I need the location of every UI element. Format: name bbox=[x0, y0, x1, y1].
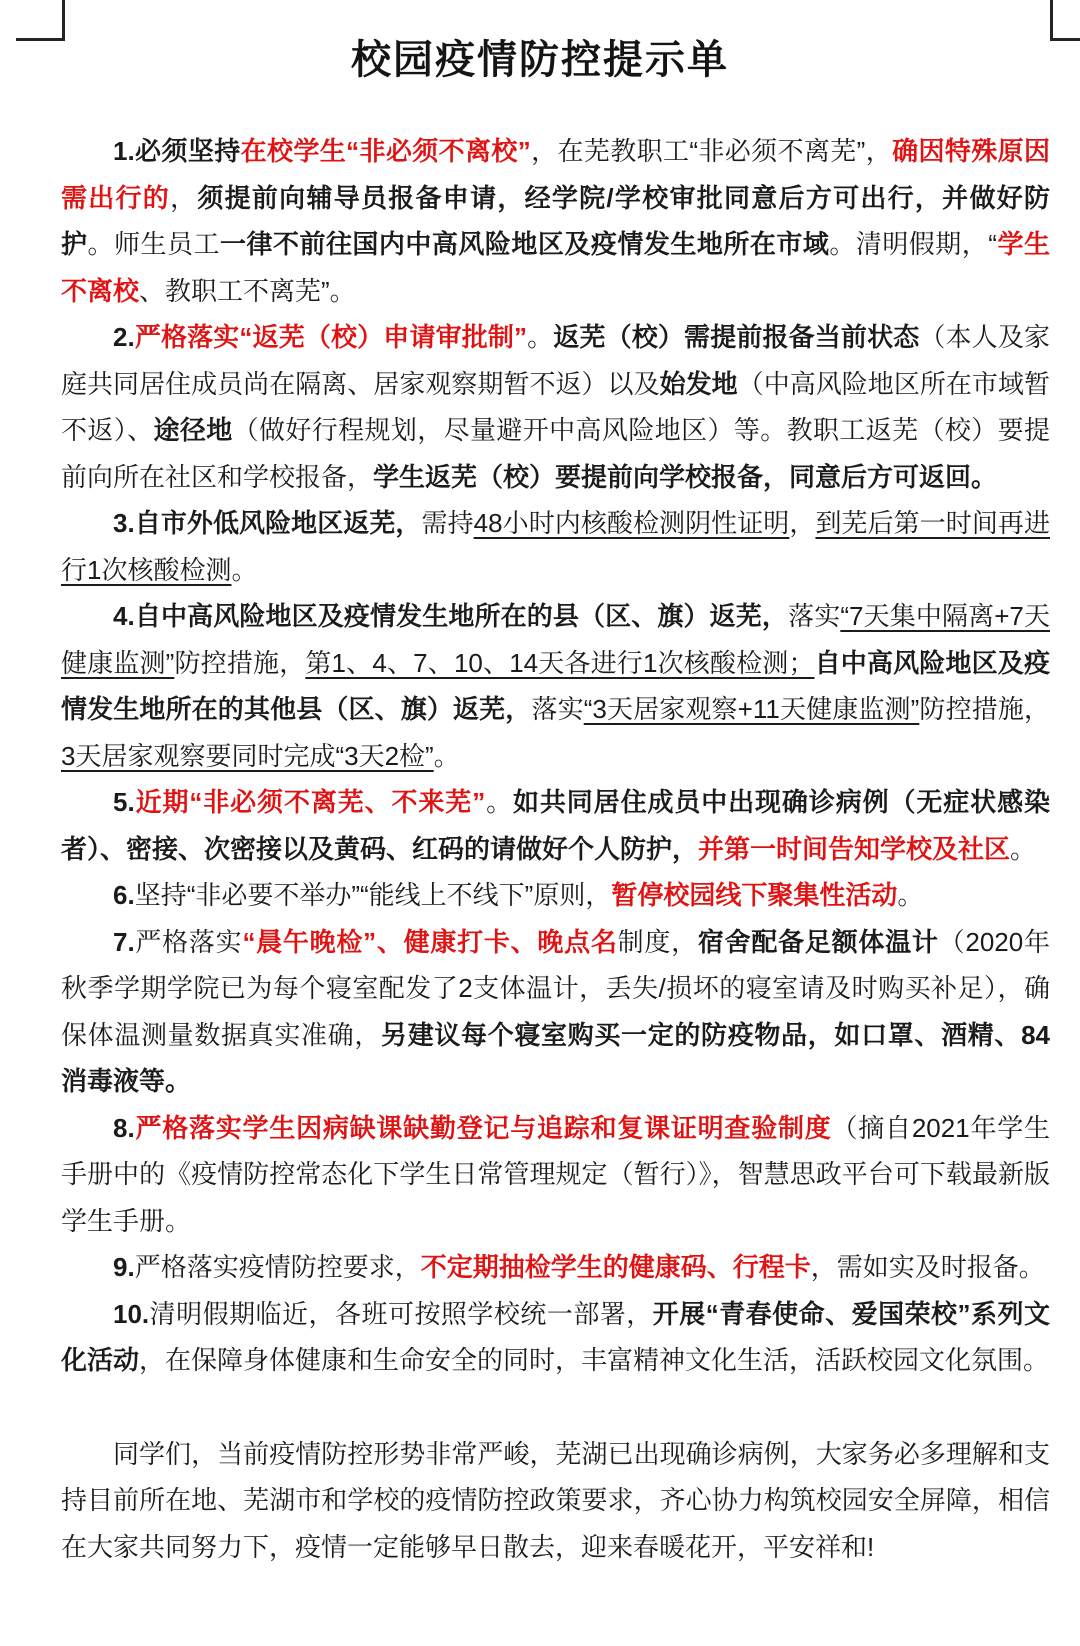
text-run: 宿舍配备足额体温计 bbox=[698, 927, 939, 957]
text-run: 6. bbox=[113, 880, 135, 910]
paragraph-gap bbox=[61, 1384, 1050, 1431]
text-run: 一律不前往国内中高风险地区及疫情发生地所在市域 bbox=[220, 229, 829, 259]
text-run: 。清明假期，“ bbox=[829, 229, 997, 259]
item-1: 1.必须坚持在校学生“非必须不离校”，在芜教职工“非必须不离芜”，确因特殊原因需… bbox=[61, 128, 1050, 314]
text-run: 清明假期临近，各班可按照学校统一部署， bbox=[149, 1299, 653, 1329]
document-body: 1.必须坚持在校学生“非必须不离校”，在芜教职工“非必须不离芜”，确因特殊原因需… bbox=[61, 128, 1050, 1570]
item-9: 9.严格落实疫情防控要求，不定期抽检学生的健康码、行程卡，需如实及时报备。 bbox=[61, 1244, 1050, 1291]
text-run: 48小时内核酸检测阴性证明 bbox=[474, 508, 790, 538]
text-run: 落实 bbox=[531, 694, 583, 724]
text-run: 暂停校园线下聚集性活动 bbox=[611, 880, 897, 910]
text-run: 近期“非必须不离芜、不来芜” bbox=[135, 787, 486, 817]
text-run: 3天居家观察要同时完成“3天2检” bbox=[61, 741, 434, 771]
text-run: “3天居家观察+11天健康监测” bbox=[584, 694, 920, 724]
text-run: 并第一时间告知学校及社区 bbox=[698, 834, 1010, 864]
text-run: 同学们，当前疫情防控形势非常严峻，芜湖已出现确诊病例，大家务必多理解和支持目前所… bbox=[61, 1439, 1050, 1562]
item-8: 8.严格落实学生因病缺课缺勤登记与追踪和复课证明查验制度（摘自2021年学生手册… bbox=[61, 1105, 1050, 1245]
text-run: 防控措施， bbox=[919, 694, 1050, 724]
text-run: 严格落实“返芜（校）申请审批制” bbox=[135, 322, 527, 352]
text-run: 4.自中高风险地区及疫情发生地所在的县（区、旗）返芜， bbox=[113, 601, 788, 631]
text-run: 严格落实疫情防控要求， bbox=[135, 1252, 421, 1282]
item-3: 3.自市外低风险地区返芜，需持48小时内核酸检测阴性证明，到芜后第一时间再进行1… bbox=[61, 500, 1050, 593]
item-2: 2.严格落实“返芜（校）申请审批制”。返芜（校）需提前报备当前状态（本人及家庭共… bbox=[61, 314, 1050, 500]
text-run: 。 bbox=[1010, 834, 1036, 864]
text-run: 9. bbox=[113, 1252, 135, 1282]
text-run: 。 bbox=[434, 741, 460, 771]
text-run: 。 bbox=[897, 880, 923, 910]
text-run: 防控措施， bbox=[174, 648, 305, 678]
text-run: 5. bbox=[113, 787, 135, 817]
text-run: 严格落实 bbox=[135, 927, 243, 957]
text-run: 2. bbox=[113, 322, 135, 352]
text-run: 在校学生“非必须不离校” bbox=[241, 136, 531, 166]
text-run: 坚持“非必要不举办”“能线上不线下”原则， bbox=[135, 880, 612, 910]
text-run: ，在芜教职工“非必须不离芜”， bbox=[531, 136, 892, 166]
text-run: ，需如实及时报备。 bbox=[811, 1252, 1045, 1282]
text-run: 不定期抽检学生的健康码、行程卡 bbox=[421, 1252, 811, 1282]
text-run: 7. bbox=[113, 927, 135, 957]
text-run: 1.必须坚持 bbox=[113, 136, 241, 166]
text-run: 制度， bbox=[618, 927, 698, 957]
text-run: 、教职工不离芜”。 bbox=[139, 276, 356, 306]
item-7: 7.严格落实“晨午晚检”、健康打卡、晚点名制度，宿舍配备足额体温计（2020年秋… bbox=[61, 919, 1050, 1105]
text-run: 返芜（校）需提前报备当前状态 bbox=[553, 322, 919, 352]
text-run: 学生返芜（校）要提前向学校报备，同意后方可返回。 bbox=[373, 462, 997, 492]
text-run: 。 bbox=[231, 555, 257, 585]
item-5: 5.近期“非必须不离芜、不来芜”。如共同居住成员中出现确诊病例（无症状感染者）、… bbox=[61, 779, 1050, 872]
text-run: 始发地 bbox=[660, 369, 738, 399]
page-title: 校园疫情防控提示单 bbox=[0, 28, 1080, 85]
text-run: “晨午晚检”、健康打卡、晚点名 bbox=[242, 927, 617, 957]
item-4: 4.自中高风险地区及疫情发生地所在的县（区、旗）返芜，落实“7天集中隔离+7天健… bbox=[61, 593, 1050, 779]
text-run: 。师生员工 bbox=[88, 229, 220, 259]
text-run: 8. bbox=[113, 1113, 135, 1143]
text-run: 10. bbox=[113, 1299, 149, 1329]
text-run: 途径地 bbox=[154, 415, 233, 445]
text-run: 严格落实学生因病缺课缺勤登记与追踪和复课证明查验制度 bbox=[135, 1113, 832, 1143]
item-6: 6.坚持“非必要不举办”“能线上不线下”原则，暂停校园线下聚集性活动。 bbox=[61, 872, 1050, 919]
text-run: 需持 bbox=[422, 508, 474, 538]
text-run: ， bbox=[789, 508, 815, 538]
text-run: ，在保障身体健康和生命安全的同时，丰富精神文化生活，活跃校园文化氛围。 bbox=[139, 1345, 1049, 1375]
text-run: ， bbox=[170, 183, 197, 213]
text-run: 。 bbox=[527, 322, 553, 352]
item-10: 10.清明假期临近，各班可按照学校统一部署，开展“青春使命、爱国荣校”系列文化活… bbox=[61, 1291, 1050, 1384]
text-run: 3.自市外低风险地区返芜， bbox=[113, 508, 422, 538]
text-run: 落实 bbox=[788, 601, 840, 631]
text-run: 。 bbox=[485, 787, 513, 817]
closing-paragraph: 同学们，当前疫情防控形势非常严峻，芜湖已出现确诊病例，大家务必多理解和支持目前所… bbox=[61, 1431, 1050, 1571]
text-run: 第1、4、7、10、14天各进行1次核酸检测； bbox=[305, 648, 814, 678]
document-page: 校园疫情防控提示单 1.必须坚持在校学生“非必须不离校”，在芜教职工“非必须不离… bbox=[0, 0, 1080, 1646]
